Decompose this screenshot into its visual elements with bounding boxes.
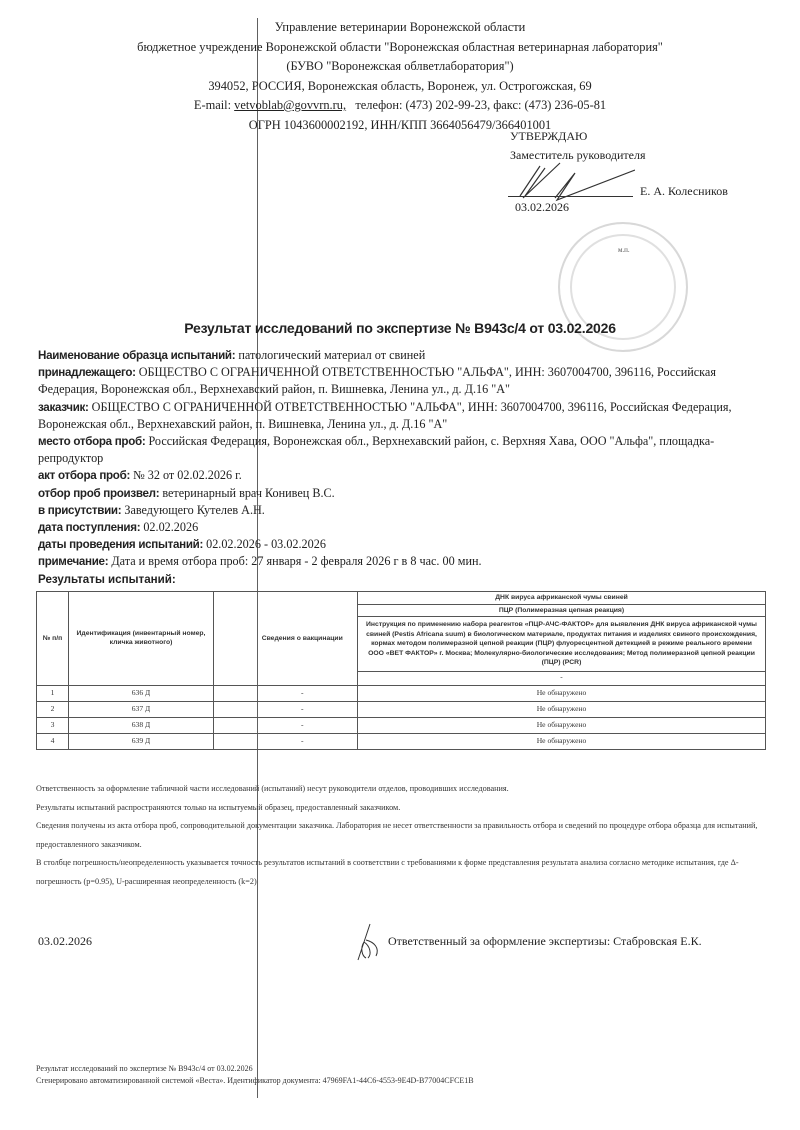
results-table: № п/п Идентификация (инвентарный номер, … xyxy=(36,591,766,750)
table-row: 1636 Д-Не обнаружено xyxy=(37,685,766,701)
email-label: E-mail: xyxy=(194,98,231,112)
responsible-signature-icon xyxy=(350,922,386,962)
note-responsibility: Ответственность за оформление табличной … xyxy=(36,780,776,799)
field-note: примечание: Дата и время отбора проб: 27… xyxy=(38,553,778,570)
email-link[interactable]: vetvoblab@govvrn.ru, xyxy=(234,98,346,112)
sample-info: Наименование образца испытаний: патологи… xyxy=(38,347,778,588)
disclaimer-notes: Ответственность за оформление табличной … xyxy=(36,780,776,892)
document-footer: Результат исследований по экспертизе № В… xyxy=(36,1063,474,1087)
responsible-person: Ответственный за оформление экспертизы: … xyxy=(388,934,702,949)
approver-name: Е. А. Колесников xyxy=(640,184,728,199)
header-num: № п/п xyxy=(37,592,69,686)
header-identification: Идентификация (инвентарный номер, кличка… xyxy=(69,592,214,686)
table-row: 4639 Д-Не обнаружено xyxy=(37,733,766,749)
note-uncertainty: В столбце погрешность/неопределенность у… xyxy=(36,854,776,891)
table-row: 2637 Д-Не обнаружено xyxy=(37,701,766,717)
note-source: Сведения получены из акта отбора проб, с… xyxy=(36,817,776,854)
field-sampled-by: отбор проб произвел: ветеринарный врач К… xyxy=(38,485,778,502)
table-row: 3638 Д-Не обнаружено xyxy=(37,717,766,733)
header-method-short: ПЦР (Полимеразная цепная реакция) xyxy=(358,604,766,617)
field-owner: принадлежащего: ОБЩЕСТВО С ОГРАНИЧЕННОЙ … xyxy=(38,364,778,398)
field-sampling-place: место отбора проб: Российская Федерация,… xyxy=(38,433,778,467)
field-received-date: дата поступления: 02.02.2026 xyxy=(38,519,778,536)
phones: телефон: (473) 202-99-23, факс: (473) 23… xyxy=(355,98,606,112)
letterhead-registration: ОГРН 1043600002192, ИНН/КПП 3664056479/3… xyxy=(0,116,800,136)
letterhead-short-name: (БУВО "Воронежская облветлаборатория") xyxy=(0,57,800,77)
note-scope: Результаты испытаний распространяются то… xyxy=(36,799,776,818)
footer-reference: Результат исследований по экспертизе № В… xyxy=(36,1063,474,1075)
footer-date: 03.02.2026 xyxy=(38,934,92,949)
field-customer: заказчик: ОБЩЕСТВО С ОГРАНИЧЕННОЙ ОТВЕТС… xyxy=(38,399,778,433)
letterhead-institution: бюджетное учреждение Воронежской области… xyxy=(0,38,800,58)
field-witness: в присутствии: Заведующего Кутелев А.Н. xyxy=(38,502,778,519)
header-method-doc: Инструкция по применению набора реагенто… xyxy=(358,617,766,672)
approval-heading: УТВЕРЖДАЮ xyxy=(510,127,646,146)
approval-date: 03.02.2026 xyxy=(515,200,569,215)
field-sampling-act: акт отбора проб: № 32 от 02.02.2026 г. xyxy=(38,467,778,484)
signature-line xyxy=(508,196,633,197)
letterhead-address: 394052, РОССИЯ, Воронежская область, Вор… xyxy=(0,77,800,97)
letterhead-authority: Управление ветеринарии Воронежской облас… xyxy=(0,18,800,38)
document-title: Результат исследований по экспертизе № В… xyxy=(0,320,800,336)
field-sample-name: Наименование образца испытаний: патологи… xyxy=(38,347,778,364)
results-heading: Результаты испытаний: xyxy=(38,571,778,588)
footer-document-id: Сгенерировано автоматизированной системо… xyxy=(36,1075,474,1087)
letterhead: Управление ветеринарии Воронежской облас… xyxy=(0,18,800,135)
letterhead-contacts: E-mail: vetvoblab@govvrn.ru, телефон: (4… xyxy=(0,96,800,116)
header-indicator: ДНК вируса африканской чумы свиней xyxy=(358,592,766,605)
field-test-dates: даты проведения испытаний: 02.02.2026 - … xyxy=(38,536,778,553)
header-vaccination: Сведения о вакцинации xyxy=(248,592,358,686)
header-spacer xyxy=(214,592,248,686)
stamp-label: м.п. xyxy=(618,246,630,254)
header-norm: - xyxy=(358,671,766,685)
